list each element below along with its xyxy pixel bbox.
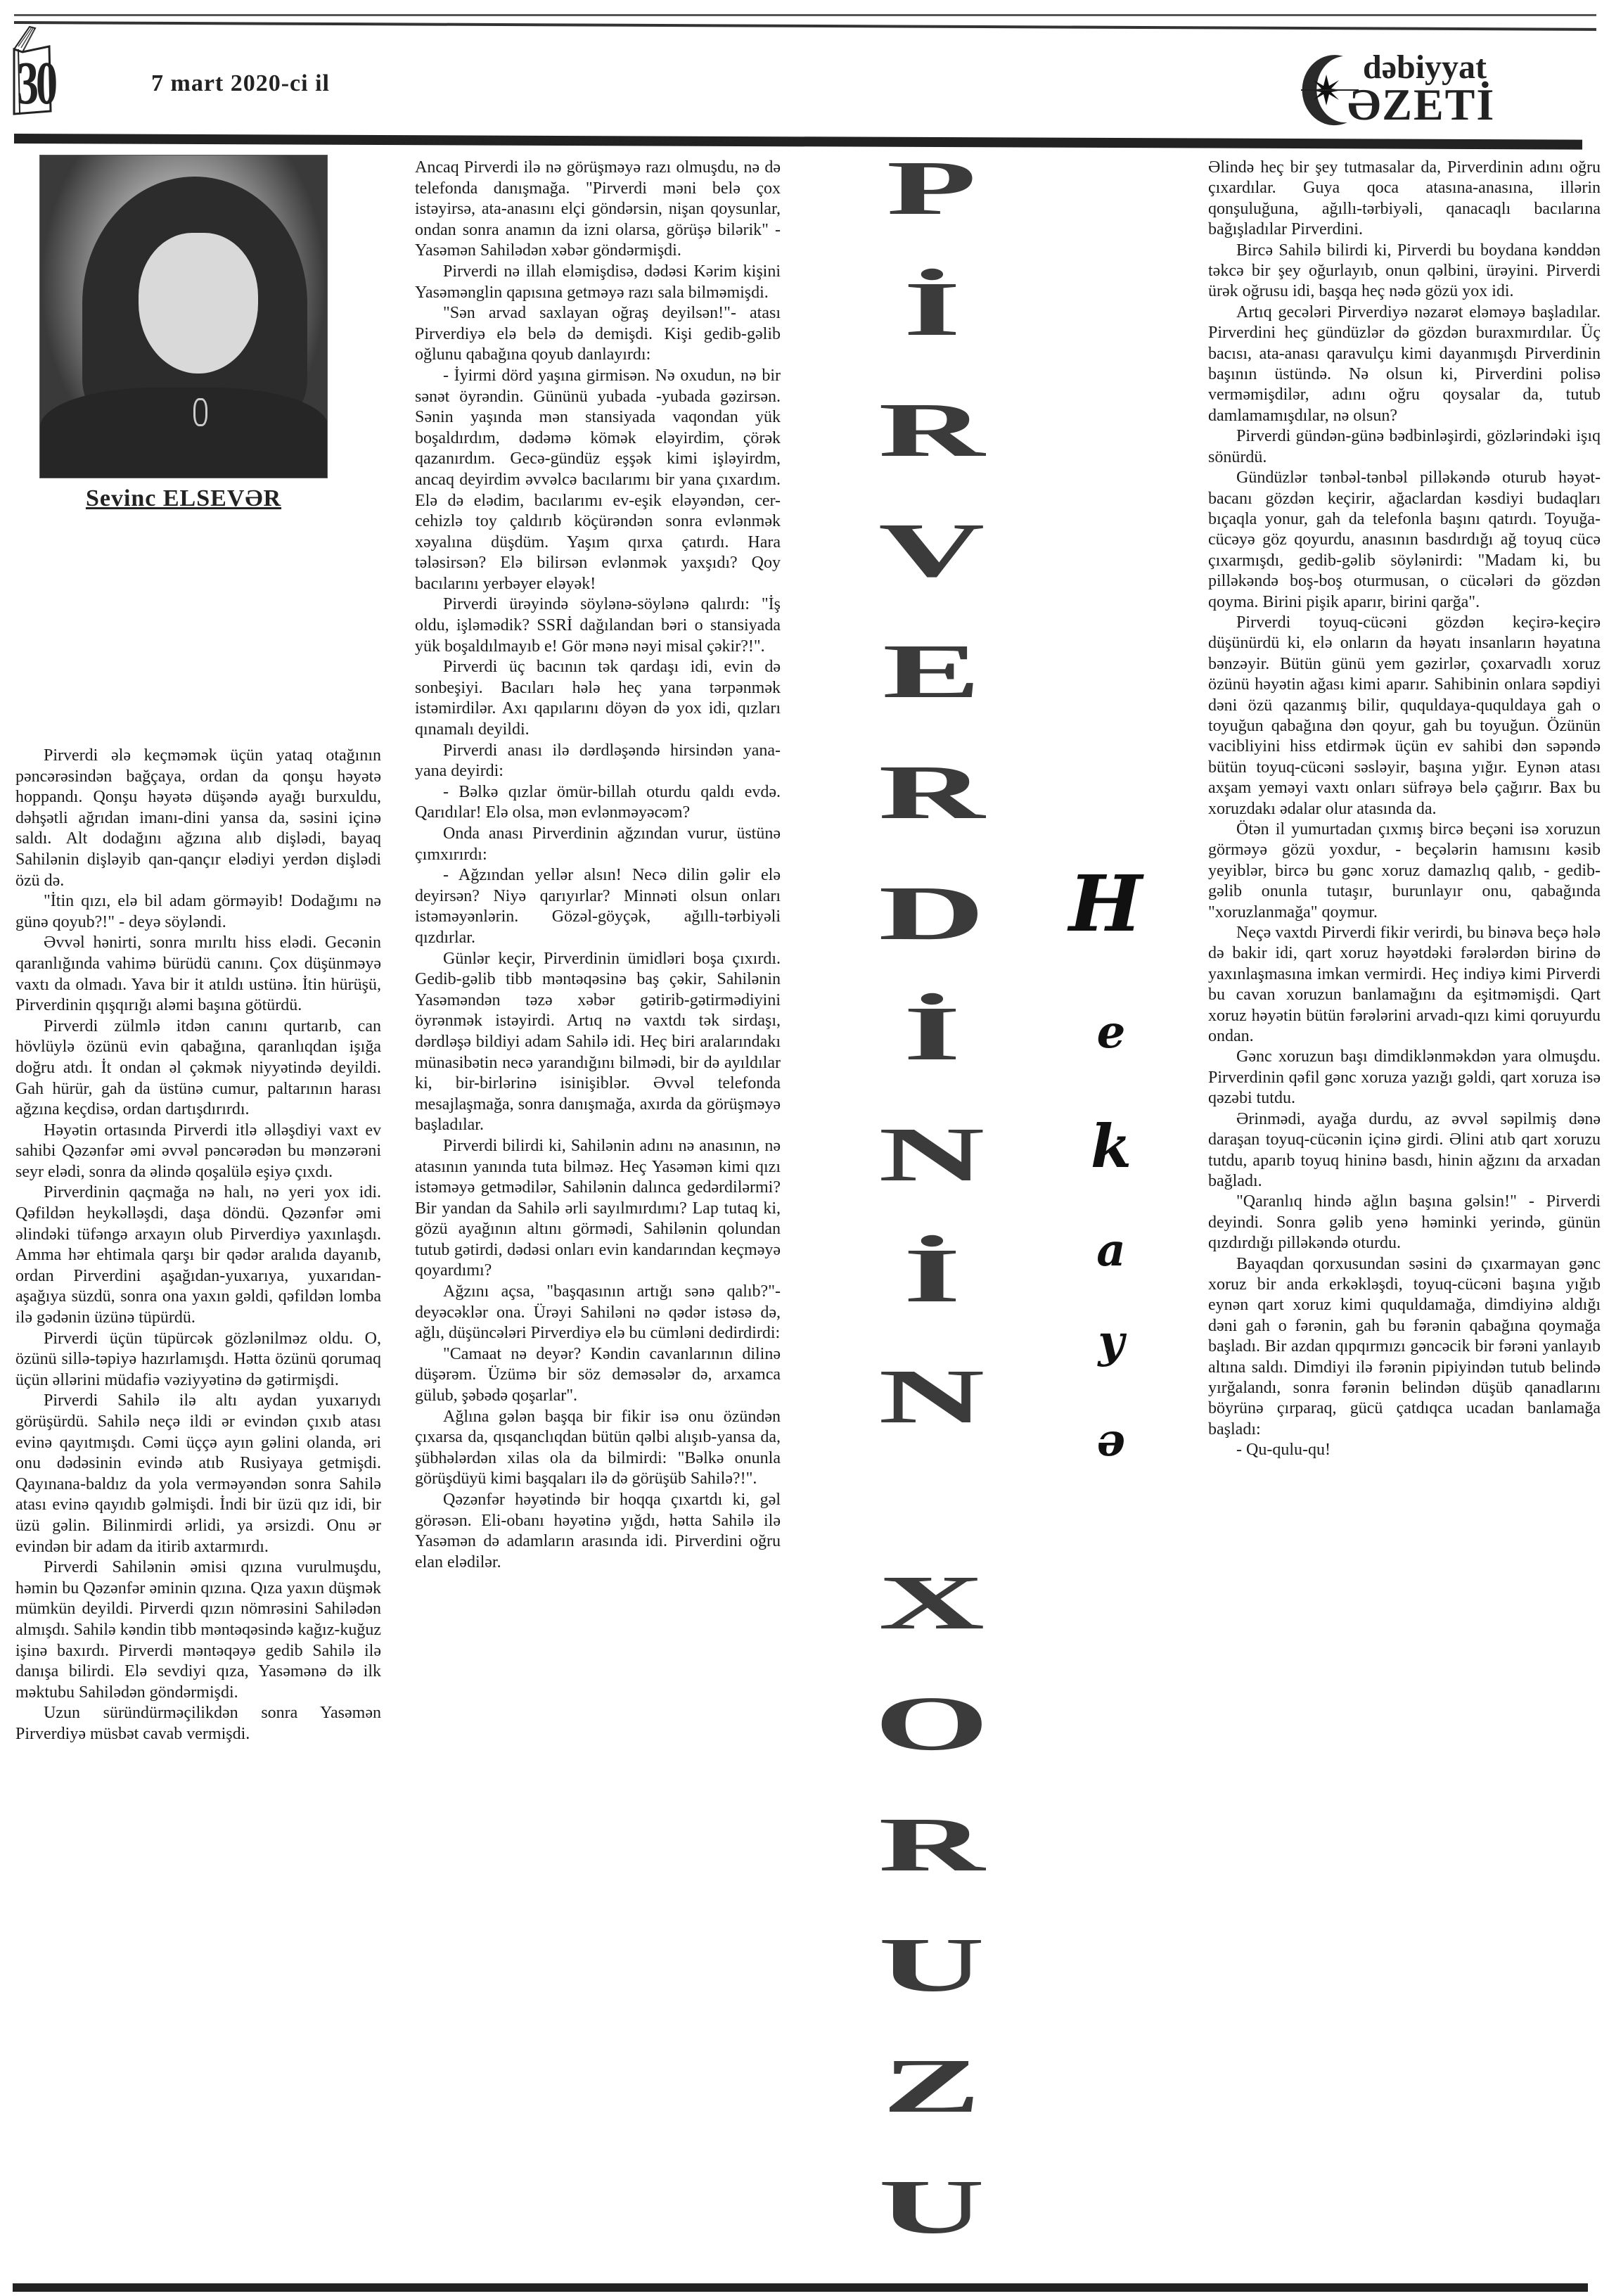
paragraph: Ərinmədi, ayağa durdu, az əvvəl səpilmiş… [1208, 1109, 1601, 1192]
logo-line-2: ƏZETİ [1347, 79, 1495, 131]
title-letter: N [879, 1358, 985, 1435]
issue-date: 7 mart 2020-ci il [151, 70, 330, 97]
footer-rule [13, 2283, 1588, 2292]
article-column-2: Ancaq Pirverdi ilə nə görüşməyə razı olm… [415, 158, 781, 1573]
title-letter: İ [903, 1237, 960, 1314]
article-column-3: Əlində heç bir şey tutmasalar da, Pirver… [1208, 158, 1601, 1461]
genre-label-vertical: H e k a y ə [1076, 858, 1146, 1435]
title-letter: R [879, 753, 985, 831]
title-letter: R [879, 391, 985, 468]
title-letter: İ [903, 270, 960, 347]
title-letter: R [879, 1806, 985, 1883]
paragraph: Pirverdi Sahilənin əmisi qızına vurulmuş… [15, 1557, 381, 1703]
paragraph: Pirverdinin qaçmağa nə halı, nə yeri yox… [15, 1182, 381, 1328]
paragraph: Pirverdi üç bacının tək qardaşı idi, evi… [415, 657, 781, 740]
newspaper-logo: dəbiyyat ƏZETİ [1294, 46, 1603, 131]
paragraph: - İyirmi dörd yaşına girmisən. Nə oxudun… [415, 366, 781, 595]
genre-letter: k [1076, 1111, 1146, 1181]
article-column-1: Pirverdi ələ keçməmək üçün yataq otağını… [15, 746, 381, 1745]
paragraph: Ancaq Pirverdi ilə nə görüşməyə razı olm… [415, 158, 781, 262]
title-letter: Z [883, 2047, 980, 2124]
title-letter: O [875, 1685, 989, 1762]
paragraph: Pirverdi üçün tüpürcək gözlənilməz oldu.… [15, 1329, 381, 1391]
paragraph: - Ağzından yellər alsın! Necə dilin gəli… [415, 865, 781, 948]
paragraph: Pirverdi zülmlə itdən canını qurtarıb, c… [15, 1016, 381, 1121]
paragraph: Artıq gecələri Pirverdiyə nəzarət eləməy… [1208, 302, 1601, 426]
paragraph: - Qu-qulu-qu! [1208, 1440, 1601, 1460]
genre-letter: ə [1076, 1414, 1146, 1467]
genre-letter: y [1076, 1315, 1146, 1368]
paragraph: Neçə vaxtdı Pirverdi fikir verirdi, bu b… [1208, 923, 1601, 1047]
paragraph: "Qaranlıq hində ağlın başına gəlsin!" - … [1208, 1192, 1601, 1254]
genre-letter: a [1076, 1224, 1146, 1277]
paragraph: Pirverdi nə illah eləmişdisə, dədəsi Kər… [415, 262, 781, 303]
paragraph: Gənc xoruzun başı dimdiklənməkdən yara o… [1208, 1047, 1601, 1109]
paragraph: Pirverdi gündən-günə bədbinləşirdi, gözl… [1208, 426, 1601, 468]
paragraph: "İtin qızı, elə bil adam görməyib! Dodağ… [15, 891, 381, 933]
paragraph: Pirverdi toyuq-cücəni gözdən keçirə-keçi… [1208, 613, 1601, 819]
paragraph: - Bəlkə qızlar ömür-billah oturdu qaldı … [415, 782, 781, 824]
title-letter: D [879, 874, 985, 952]
paragraph: Pirverdi bilirdi ki, Sahilənin adını nə … [415, 1136, 781, 1282]
paragraph: Günlər keçir, Pirverdinin ümidləri boşa … [415, 949, 781, 1136]
paragraph: Əlində heç bir şey tutmasalar da, Pirver… [1208, 158, 1601, 241]
paragraph: Bircə Sahilə bilirdi ki, Pirverdi bu boy… [1208, 241, 1601, 302]
author-photo [39, 155, 328, 478]
paragraph: "Sən arvad saxlayan oğraş deyilsən!"- at… [415, 303, 781, 366]
paragraph: "Camaat nə deyər? Kəndin cavanlarının di… [415, 1344, 781, 1407]
title-letter: E [883, 632, 980, 710]
paragraph: Onda anası Pirverdinin ağzından vurur, ü… [415, 824, 781, 865]
masthead: 30 7 mart 2020-ci il dəbiyyat ƏZETİ [0, 0, 1609, 141]
paragraph: Bayaqdan qorxusundan səsini də çıxarmaya… [1208, 1254, 1601, 1441]
paragraph: Pirverdi Sahilə ilə altı aydan yuxarıydı… [15, 1391, 381, 1557]
title-letter: V [879, 511, 985, 589]
genre-letter: H [1069, 858, 1139, 949]
top-rule [14, 21, 1596, 31]
paragraph: Ağzını açsa, "başqasının artığı sənə qal… [415, 1282, 781, 1344]
paragraph: Pirverdi ələ keçməmək üçün yataq otağını… [15, 746, 381, 891]
article-title-vertical: P İ R V E R D İ N İ N X O R U Z U [868, 149, 995, 2245]
paragraph: Əvvəl hənirti, sonra mırıltı hiss elədi.… [15, 933, 381, 1016]
page-number: 30 [17, 49, 55, 119]
header-bottom-rule [14, 134, 1582, 150]
title-letter: X [879, 1564, 985, 1641]
title-letter: İ [903, 995, 960, 1072]
paragraph: Ağlına gələn başqa bir fikir isə onu özü… [415, 1407, 781, 1490]
paragraph: Qəzənfər həyətində bir hoqqa çıxartdı ki… [415, 1490, 781, 1573]
title-letter: U [879, 1926, 985, 2003]
paragraph: Gündüzlər tənbəl-tənbəl pilləkəndə oturu… [1208, 468, 1601, 613]
title-letter: N [879, 1116, 985, 1193]
paragraph: Ötən il yumurtadan çıxmış bircə beçəni i… [1208, 819, 1601, 923]
top-hairline [14, 14, 1596, 16]
paragraph: Uzun süründürməçilikdən sonra Yasəmən Pi… [15, 1703, 381, 1745]
paragraph: Pirverdi ürəyində söylənə-söylənə qalırd… [415, 594, 781, 657]
genre-letter: e [1076, 1006, 1146, 1059]
title-letter: P [887, 149, 977, 227]
paragraph: Pirverdi anası ilə dərdləşəndə hirsindən… [415, 741, 781, 782]
paragraph: Həyətin ortasında Pirverdi itlə əlləşdiy… [15, 1121, 381, 1183]
author-byline: Sevinc ELSEVƏR [39, 485, 328, 512]
title-letter: U [879, 2168, 985, 2245]
